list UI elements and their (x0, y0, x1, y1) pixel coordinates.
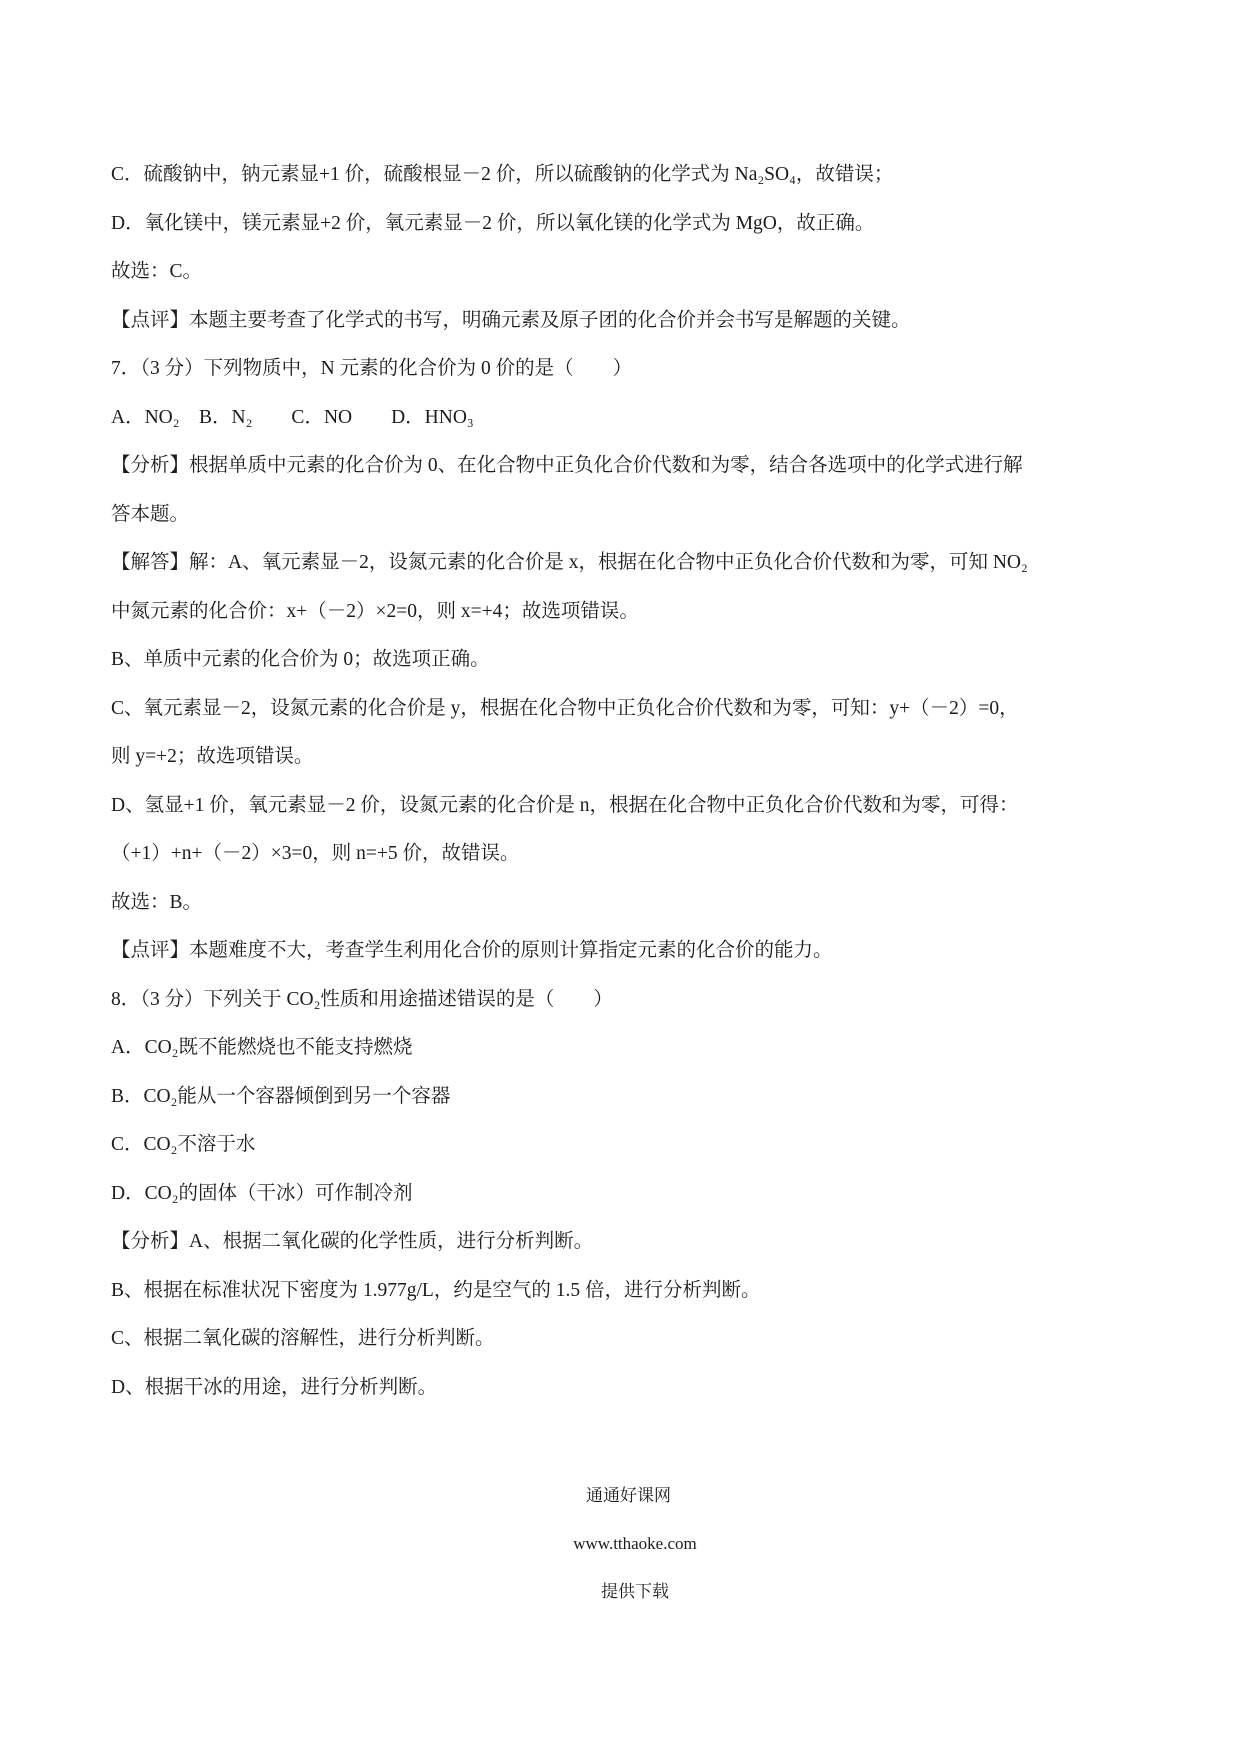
text-line: A．NO₂ B．N₂ C．NO D．HNO₃ (111, 394, 1146, 443)
text-line: C、氧元素显－2，设氮元素的化合价是 y，根据在化合物中正负化合价代数和为零，可… (111, 685, 1146, 734)
document-page: C．硫酸钠中，钠元素显+1 价，硫酸根显－2 价，所以硫酸钠的化学式为 Na₂S… (0, 0, 1240, 1754)
text-line: D、根据干冰的用途，进行分析判断。 (111, 1364, 1146, 1413)
text-line: 7．（3 分）下列物质中，N 元素的化合价为 0 价的是（ ） (111, 345, 1146, 394)
text-line: 【点评】本题主要考查了化学式的书写，明确元素及原子团的化合价并会书写是解题的关键… (111, 297, 1146, 346)
text-line: 答本题。 (111, 491, 1146, 540)
text-line: B、单质中元素的化合价为 0；故选项正确。 (111, 636, 1146, 685)
text-line: D．CO₂的固体（干冰）可作制冷剂 (111, 1170, 1146, 1219)
text-line: D、氢显+1 价，氧元素显－2 价，设氮元素的化合价是 n，根据在化合物中正负化… (111, 782, 1146, 831)
footer-site-name: 通通好课网 (586, 1486, 671, 1505)
text-line: 则 y=+2；故选项错误。 (111, 733, 1146, 782)
page-footer-watermark: 通通好课网 www.tthaoke.com 提供下载 (0, 1424, 1240, 1472)
document-body: C．硫酸钠中，钠元素显+1 价，硫酸根显－2 价，所以硫酸钠的化学式为 Na₂S… (111, 151, 1146, 1412)
footer-site-url: www.tthaoke.com (573, 1534, 697, 1553)
text-line: B．CO₂能从一个容器倾倒到另一个容器 (111, 1073, 1146, 1122)
text-line: 【解答】解：A、氧元素显－2，设氮元素的化合价是 x，根据在化合物中正负化合价代… (111, 539, 1146, 588)
text-line: C．CO₂不溶于水 (111, 1121, 1146, 1170)
text-line: C、根据二氧化碳的溶解性，进行分析判断。 (111, 1315, 1146, 1364)
text-line: 【点评】本题难度不大，考查学生利用化合价的原则计算指定元素的化合价的能力。 (111, 927, 1146, 976)
text-line: （+1）+n+（－2）×3=0，则 n=+5 价，故错误。 (111, 830, 1146, 879)
footer-download-note: 提供下载 (601, 1582, 669, 1601)
text-line: D．氧化镁中，镁元素显+2 价，氧元素显－2 价，所以氧化镁的化学式为 MgO，… (111, 200, 1146, 249)
text-line: 8．（3 分）下列关于 CO₂性质和用途描述错误的是（ ） (111, 976, 1146, 1025)
text-line: B、根据在标准状况下密度为 1.977g/L，约是空气的 1.5 倍，进行分析判… (111, 1267, 1146, 1316)
text-line: 【分析】A、根据二氧化碳的化学性质，进行分析判断。 (111, 1218, 1146, 1267)
text-line: 中氮元素的化合价：x+（－2）×2=0，则 x=+4；故选项错误。 (111, 588, 1146, 637)
text-line: 故选：C。 (111, 248, 1146, 297)
text-lines: C．硫酸钠中，钠元素显+1 价，硫酸根显－2 价，所以硫酸钠的化学式为 Na₂S… (111, 151, 1146, 1412)
text-line: 【分析】根据单质中元素的化合价为 0、在化合物中正负化合价代数和为零，结合各选项… (111, 442, 1146, 491)
text-line: C．硫酸钠中，钠元素显+1 价，硫酸根显－2 价，所以硫酸钠的化学式为 Na₂S… (111, 151, 1146, 200)
text-line: 故选：B。 (111, 879, 1146, 928)
text-line: A．CO₂既不能燃烧也不能支持燃烧 (111, 1024, 1146, 1073)
